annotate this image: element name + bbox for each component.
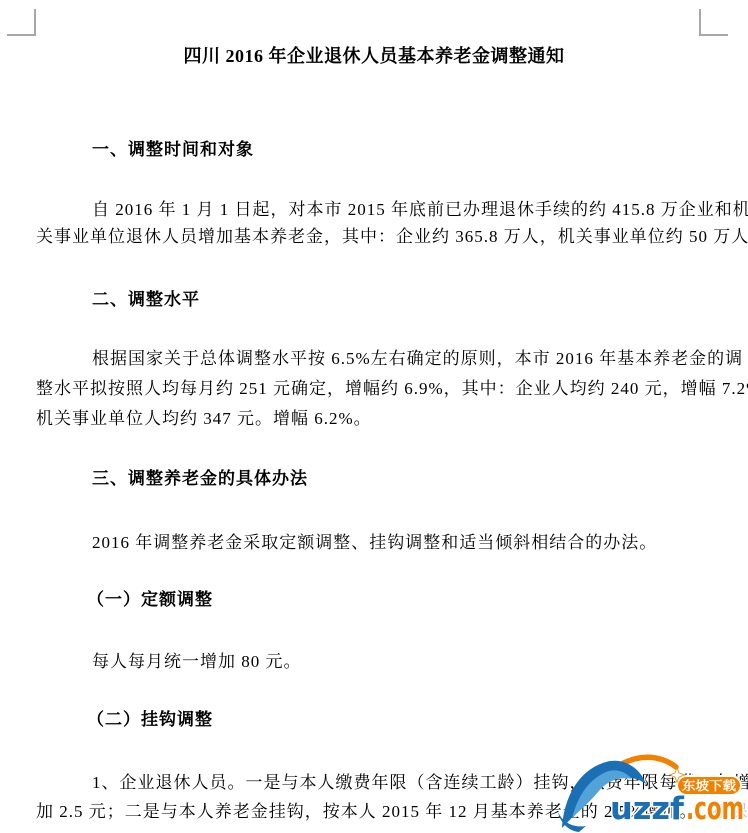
margin-corner-mark-top-right-horizontal [699,34,728,36]
heading-section-3: 三、调整养老金的具体办法 [92,469,308,488]
paragraph-line: 整水平拟按照人均每月约 251 元确定，增幅约 6.9%，其中：企业人均约 24… [36,379,748,398]
logo-domain-suffix: .com [686,791,744,827]
paragraph-line: 机关事业单位人均约 347 元。增幅 6.2%。 [36,409,372,428]
heading-section-1: 一、调整时间和对象 [92,140,254,159]
logo-site-name: uzzf [610,791,685,827]
doc-title: 四川 2016 年企业退休人员基本养老金调整通知 [0,47,748,66]
paragraph-line: 关事业单位退休人员增加基本养老金，其中：企业约 365.8 万人，机关事业单位约… [36,227,748,246]
document-page: 四川 2016 年企业退休人员基本养老金调整通知 一、调整时间和对象 自 201… [0,0,748,833]
paragraph-line: 自 2016 年 1 月 1 日起，对本市 2015 年底前已办理退休手续的约 … [92,200,748,219]
paragraph-line: 2016 年调整养老金采取定额调整、挂钩调整和适当倾斜相结合的办法。 [92,533,657,552]
margin-corner-mark-top-right-vertical [699,9,701,36]
subheading-item-2: （二）挂钩调整 [87,710,213,729]
paragraph-line: 根据国家关于总体调整水平按 6.5%左右确定的原则，本市 2016 年基本养老金… [92,349,743,368]
subheading-item-1: （一）定额调整 [87,590,213,609]
paragraph-line: 每人每月统一增加 80 元。 [92,652,302,671]
heading-section-2: 二、调整水平 [92,290,200,309]
uzzf-watermark-logo: 东坡下载 uzzf .com [548,746,748,833]
margin-corner-mark-top-left-vertical [34,9,36,36]
margin-corner-mark-top-left-horizontal [7,34,36,36]
